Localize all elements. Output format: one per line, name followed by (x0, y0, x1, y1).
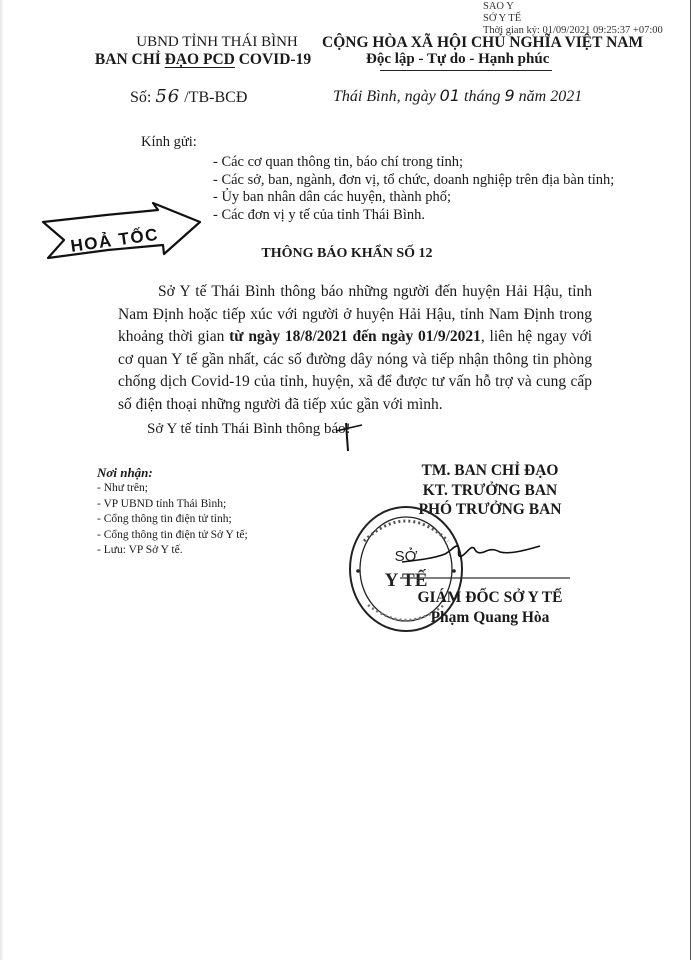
national-title: CỘNG HÒA XÃ HỘI CHỦ NGHĨA VIỆT NAM (322, 34, 643, 52)
distribution-title: Nơi nhận: (97, 465, 153, 481)
document-number: Số: 56 /TB-BCĐ (130, 86, 247, 107)
page-left-edge (0, 0, 3, 960)
date-month-label: tháng (460, 88, 504, 105)
issuing-committee: BAN CHỈ ĐẠO PCD COVID-19 (92, 51, 314, 69)
recipient-item: - Các sở, ban, ngành, đơn vị, tổ chức, d… (213, 172, 614, 189)
doc-number-suffix: /TB-BCĐ (180, 89, 247, 106)
date-year: năm 2021 (515, 88, 583, 105)
date-month-handwritten: 9 (504, 86, 514, 105)
recipient-item: - Ủy ban nhân dân các huyện, thành phố; (213, 189, 451, 206)
date-day-handwritten: 01 (440, 86, 460, 105)
recipients-label: Kính gửi: (141, 134, 197, 151)
committee-text-pre: BAN CHỈ (95, 51, 165, 68)
distribution-list: - Như trên; - VP UBND tỉnh Thái Bình; - … (97, 481, 248, 559)
issuing-authority: UBND TỈNH THÁI BÌNH (122, 34, 312, 51)
distribution-item: - Như trên; (97, 481, 248, 497)
document-page: SAO Y SỞ Y TẾ Thời gian ký: 01/09/2021 0… (0, 0, 694, 960)
signer-position: GIÁM ĐỐC SỞ Y TẾ (380, 588, 600, 608)
motto-underline (380, 70, 552, 71)
committee-text-post: COVID-19 (235, 51, 311, 68)
signature-line1: TM. BAN CHỈ ĐẠO (396, 461, 584, 481)
handwritten-signature (400, 540, 580, 580)
distribution-item: - Cổng thông tin điện tử tỉnh; (97, 512, 248, 528)
digital-signature-line1: SAO Y (483, 1, 663, 13)
recipient-item: - Các cơ quan thông tin, báo chí trong t… (213, 154, 463, 171)
recipient-item: - Các đơn vị y tế của tỉnh Thái Bình. (213, 207, 425, 224)
signer-block: GIÁM ĐỐC SỞ Y TẾ Phạm Quang Hòa (380, 588, 600, 628)
handwritten-mark-icon (334, 419, 364, 453)
notice-title: THÔNG BÁO KHẨN SỐ 12 (0, 246, 694, 262)
doc-number-handwritten: 56 (155, 86, 180, 107)
digital-signature-line2: SỞ Y TẾ (483, 13, 663, 25)
signer-name: Phạm Quang Hòa (380, 608, 600, 628)
page-right-border (690, 0, 691, 960)
doc-number-prefix: Số: (130, 89, 155, 106)
date-place: Thái Bình, ngày (333, 88, 440, 105)
signature-line2: KT. TRƯỞNG BAN (396, 481, 584, 501)
digital-signature-stamp: SAO Y SỞ Y TẾ Thời gian ký: 01/09/2021 0… (483, 1, 663, 37)
distribution-item: - Lưu: VP Sở Y tế. (97, 543, 248, 559)
body-text-date-range: từ ngày 18/8/2021 đến ngày 01/9/2021 (229, 328, 481, 345)
committee-text-underlined: ĐẠO PCD (165, 51, 235, 68)
distribution-item: - VP UBND tỉnh Thái Bình; (97, 497, 248, 513)
closing-line: Sở Y tế tỉnh Thái Bình thông báo! (147, 421, 351, 438)
distribution-item: - Cổng thông tin điện tử Sở Y tế; (97, 528, 248, 544)
national-motto: Độc lập - Tự do - Hạnh phúc (366, 51, 586, 68)
notice-body: Sở Y tế Thái Bình thông báo những người … (118, 281, 592, 416)
document-date: Thái Bình, ngày 01 tháng 9 năm 2021 (333, 86, 582, 106)
